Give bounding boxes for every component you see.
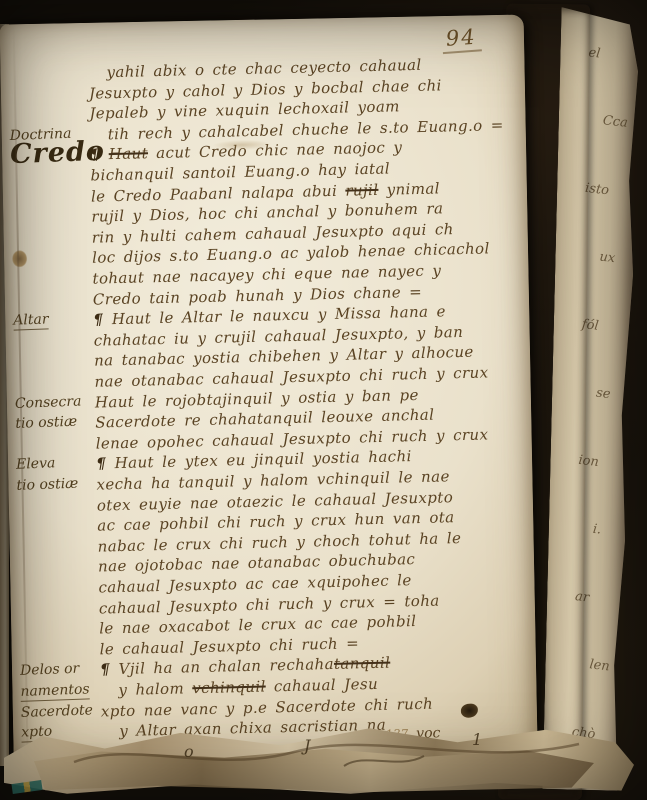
text-lines: yahil abix o cte chac ceyecto cahaualJes… [0,15,524,25]
scribble-fragment: o [184,742,194,761]
line-segment: ynimal [378,179,440,198]
margin-notes: DoctrinaCredoAltarConsecratio ostiæEleva… [0,15,524,25]
fore-edge-fragment: i. [592,522,602,538]
fore-edge-fragment: len [589,657,611,674]
line-segment: ¶ [96,454,115,472]
scribble-fragment: 1 [472,730,482,749]
fore-edge-fragment: Cca [602,113,629,131]
line-segment: tanquil [334,654,391,673]
line-segment: cahaual Jesu [266,675,379,696]
line-segment: rujil [345,180,378,199]
margin-note: Consecra [15,393,82,411]
manuscript-photo: elCcaistouxfólseioni.arlenchò 94 yahil a… [0,0,647,800]
margin-note: Delos or [20,661,80,679]
margin-note: namentos [20,681,90,702]
line-segment: y halom [118,679,192,699]
ink-stain [12,250,27,267]
fore-edge-fragment: ux [599,250,616,267]
damaged-bottom-pages: oJ1 [4,722,634,800]
line-segment: acut Credo chic nae naojoc y [148,139,403,163]
scribble-fragment: J [304,736,310,755]
margin-note: Credo [10,136,95,170]
margin-note: tio ostiæ [16,476,78,494]
dark-blot [461,704,478,718]
line-segment: Vjil ha an chalan rechaha [118,655,334,678]
line-segment: ¶ [93,310,112,328]
manuscript-line: y halom vchinquil cahaual Jesu [118,675,378,699]
margin-note: Altar [13,312,49,331]
margin-note: Eleva [16,456,56,473]
page-number: 94 [441,24,482,54]
ink-scribble-marks [4,722,634,800]
line-segment: ¶ [100,660,119,678]
line-segment: Haut [109,145,149,164]
margin-note: Sacerdote [21,702,94,721]
margin-note: tio ostiæ [15,414,77,432]
line-segment: vchinquil [192,678,266,698]
manuscript-page: 94 yahil abix o cte chac ceyecto cahaual… [0,15,538,767]
fore-edge-fragment: se [595,386,611,403]
